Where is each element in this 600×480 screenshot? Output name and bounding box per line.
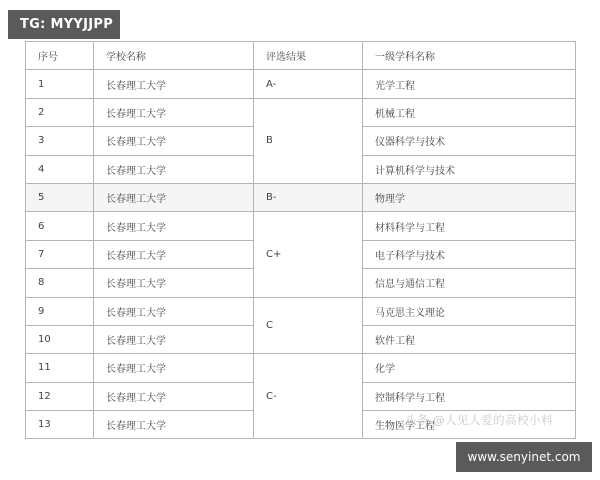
row-no: 3 — [26, 127, 94, 155]
row-grade: C+ — [254, 212, 363, 297]
row-school: 长春理工大学 — [94, 269, 254, 297]
row-school: 长春理工大学 — [94, 127, 254, 155]
row-no: 12 — [26, 382, 94, 410]
row-subject: 控制科学与工程 — [363, 382, 576, 410]
row-no: 4 — [26, 155, 94, 183]
header-subject: 一级学科名称 — [363, 42, 576, 70]
row-subject: 马克思主义理论 — [363, 297, 576, 325]
row-school: 长春理工大学 — [94, 98, 254, 126]
row-school: 长春理工大学 — [94, 411, 254, 439]
table-row: 9 长春理工大学 C 马克思主义理论 — [26, 297, 576, 325]
table-row: 2 长春理工大学 B 机械工程 — [26, 98, 576, 126]
row-subject: 信息与通信工程 — [363, 269, 576, 297]
discipline-evaluation-table: 序号 学校名称 评选结果 一级学科名称 1 长春理工大学 A- 光学工程 2 长… — [25, 41, 576, 439]
row-school: 长春理工大学 — [94, 240, 254, 268]
row-no: 9 — [26, 297, 94, 325]
row-subject: 计算机科学与技术 — [363, 155, 576, 183]
row-subject: 软件工程 — [363, 325, 576, 353]
row-subject: 机械工程 — [363, 98, 576, 126]
row-subject: 光学工程 — [363, 70, 576, 98]
table-header-row: 序号 学校名称 评选结果 一级学科名称 — [26, 42, 576, 70]
row-subject: 电子科学与技术 — [363, 240, 576, 268]
row-no: 6 — [26, 212, 94, 240]
header-school: 学校名称 — [94, 42, 254, 70]
row-grade: C- — [254, 354, 363, 439]
row-school: 长春理工大学 — [94, 297, 254, 325]
row-school: 长春理工大学 — [94, 382, 254, 410]
table-row: 11 长春理工大学 C- 化学 — [26, 354, 576, 382]
row-grade: A- — [254, 70, 363, 98]
header-result: 评选结果 — [254, 42, 363, 70]
row-grade: C — [254, 297, 363, 354]
row-no: 7 — [26, 240, 94, 268]
row-no: 8 — [26, 269, 94, 297]
row-no: 11 — [26, 354, 94, 382]
row-school: 长春理工大学 — [94, 325, 254, 353]
row-school: 长春理工大学 — [94, 212, 254, 240]
row-subject: 材料科学与工程 — [363, 212, 576, 240]
header-no: 序号 — [26, 42, 94, 70]
table-row: 5 长春理工大学 B- 物理学 — [26, 183, 576, 211]
site-url-label: www.senyinet.com — [456, 442, 592, 472]
row-no: 2 — [26, 98, 94, 126]
row-school: 长春理工大学 — [94, 183, 254, 211]
row-school: 长春理工大学 — [94, 70, 254, 98]
row-grade: B- — [254, 183, 363, 211]
row-subject: 物理学 — [363, 183, 576, 211]
row-school: 长春理工大学 — [94, 354, 254, 382]
row-no: 13 — [26, 411, 94, 439]
row-subject: 化学 — [363, 354, 576, 382]
tg-label: TG: MYYJJPP — [8, 10, 120, 39]
row-subject: 仪器科学与技术 — [363, 127, 576, 155]
table-row: 6 长春理工大学 C+ 材料科学与工程 — [26, 212, 576, 240]
table-row: 1 长春理工大学 A- 光学工程 — [26, 70, 576, 98]
row-school: 长春理工大学 — [94, 155, 254, 183]
row-no: 5 — [26, 183, 94, 211]
watermark-text: 头条 @人见人爱的高校小料 — [405, 412, 553, 428]
row-no: 1 — [26, 70, 94, 98]
row-no: 10 — [26, 325, 94, 353]
row-grade: B — [254, 98, 363, 183]
